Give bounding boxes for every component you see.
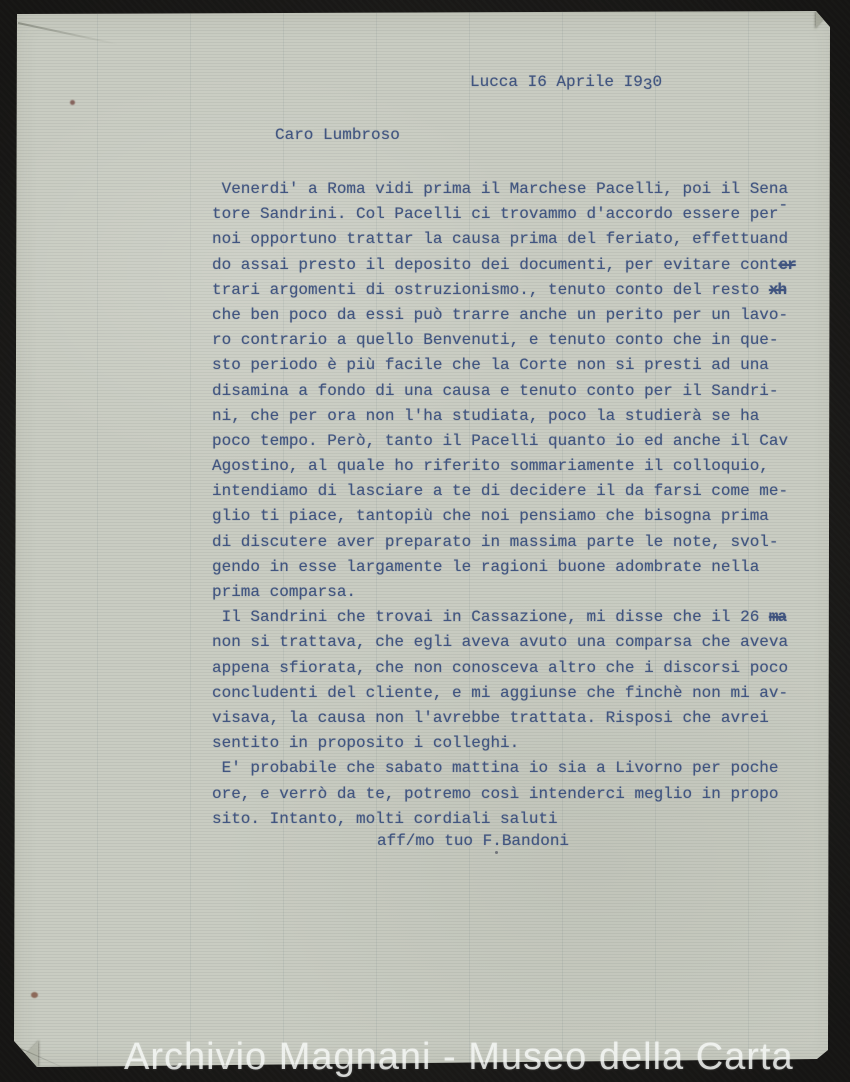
text-segment: E' probabile che sabato mattina io sia a…: [212, 759, 779, 777]
letter-line: ore, e verrò da te, potremo così intende…: [212, 782, 796, 807]
text-segment: 3: [643, 76, 653, 94]
salutation: Caro Lumbroso: [275, 126, 400, 144]
text-segment: er: [779, 256, 796, 274]
letter-line: gendo in esse largamente le ragioni buon…: [212, 555, 796, 580]
text-segment: 0: [652, 73, 662, 91]
letter-line: che ben poco da essi può trarre anche un…: [212, 303, 796, 328]
letter-line: visava, la causa non l'avrebbe trattata.…: [212, 706, 796, 731]
text-segment: intendiamo di lasciare a te di decidere …: [212, 482, 788, 500]
text-segment: trari argomenti di ostruzionismo., tenut…: [212, 281, 769, 299]
text-segment: concludenti del cliente, e mi aggiunse c…: [212, 684, 788, 702]
text-segment: di discutere aver preparato in massima p…: [212, 533, 779, 551]
letter-line: Agostino, al quale ho riferito sommariam…: [212, 454, 796, 479]
text-segment: ma: [769, 608, 786, 626]
text-segment: non si trattava, che egli aveva avuto un…: [212, 633, 788, 651]
text-segment: noi opportuno trattar la causa prima del…: [212, 230, 788, 248]
text-segment: ore, e verrò da te, potremo così intende…: [212, 785, 779, 803]
letter-line: disamina a fondo di una causa e tenuto c…: [212, 379, 796, 404]
text-segment: glio ti piace, tantopiù che noi pensiamo…: [212, 507, 769, 525]
ink-speck: [495, 851, 498, 854]
text-segment: che ben poco da essi può trarre anche un…: [212, 306, 788, 324]
foxing-spot: [31, 992, 38, 998]
letter-line: intendiamo di lasciare a te di decidere …: [212, 479, 796, 504]
letter-line: non si trattava, che egli aveva avuto un…: [212, 630, 796, 655]
text-segment: ro contrario a quello Benvenuti, e tenut…: [212, 331, 779, 349]
text-segment: prima comparsa.: [212, 583, 356, 601]
text-segment: sito. Intanto, molti cordiali saluti: [212, 810, 558, 828]
text-segment: appena sfiorata, che non conosceva altro…: [212, 659, 788, 677]
text-segment: Il Sandrini che trovai in Cassazione, mi…: [212, 608, 769, 626]
scan-background: Lucca I6 Aprile I930 Caro Lumbroso Vener…: [0, 0, 850, 1082]
text-segment: -: [779, 196, 789, 214]
top-left-crease: [18, 22, 118, 45]
text-segment: Lucca I6 Aprile I9: [470, 73, 643, 91]
letter-line: E' probabile che sabato mattina io sia a…: [212, 756, 796, 781]
foxing-spot: [70, 100, 75, 105]
letter-line: do assai presto il deposito dei document…: [212, 253, 796, 278]
text-segment: gendo in esse largamente le ragioni buon…: [212, 558, 759, 576]
bottom-left-crease: [16, 1046, 71, 1071]
archive-watermark: Archivio Magnani - Museo della Carta: [124, 1036, 794, 1079]
text-segment: Agostino, al quale ho riferito sommariam…: [212, 457, 769, 475]
letter-line: tore Sandrini. Col Pacelli ci trovammo d…: [212, 202, 796, 227]
letter-line: sto periodo è più facile che la Corte no…: [212, 353, 796, 378]
text-segment: poco tempo. Però, tanto il Pacelli quant…: [212, 432, 788, 450]
letter-line: poco tempo. Però, tanto il Pacelli quant…: [212, 429, 796, 454]
letter-body: Venerdi' a Roma vidi prima il Marchese P…: [212, 177, 796, 832]
letter-date: Lucca I6 Aprile I930: [470, 73, 662, 91]
text-segment: do assai presto il deposito dei document…: [212, 256, 779, 274]
letter-line: noi opportuno trattar la causa prima del…: [212, 227, 796, 252]
letter-line: di discutere aver preparato in massima p…: [212, 530, 796, 555]
text-segment: ni, che per ora non l'ha studiata, poco …: [212, 407, 759, 425]
letter-line: ni, che per ora non l'ha studiata, poco …: [212, 404, 796, 429]
signature-line: aff/mo tuo F.Bandoni: [377, 832, 569, 850]
text-segment: tore Sandrini. Col Pacelli ci trovammo d…: [212, 205, 779, 223]
text-segment: disamina a fondo di una causa e tenuto c…: [212, 382, 779, 400]
letter-line: sito. Intanto, molti cordiali saluti: [212, 807, 796, 832]
letter-line: Venerdi' a Roma vidi prima il Marchese P…: [212, 177, 796, 202]
letter-line: Il Sandrini che trovai in Cassazione, mi…: [212, 605, 796, 630]
text-segment: sentito in proposito i colleghi.: [212, 734, 519, 752]
letter-line: ro contrario a quello Benvenuti, e tenut…: [212, 328, 796, 353]
text-segment: sto periodo è più facile che la Corte no…: [212, 356, 769, 374]
letter-line: trari argomenti di ostruzionismo., tenut…: [212, 278, 796, 303]
text-segment: xh: [769, 281, 786, 299]
letter-line: concludenti del cliente, e mi aggiunse c…: [212, 681, 796, 706]
letter-line: appena sfiorata, che non conosceva altro…: [212, 656, 796, 681]
text-segment: visava, la causa non l'avrebbe trattata.…: [212, 709, 769, 727]
text-segment: Venerdi' a Roma vidi prima il Marchese P…: [212, 180, 788, 198]
top-right-fold-corner: [816, 11, 830, 28]
letter-line: sentito in proposito i colleghi.: [212, 731, 796, 756]
letter-line: prima comparsa.: [212, 580, 796, 605]
letter-line: glio ti piace, tantopiù che noi pensiamo…: [212, 504, 796, 529]
letter-page: Lucca I6 Aprile I930 Caro Lumbroso Vener…: [0, 0, 850, 1082]
